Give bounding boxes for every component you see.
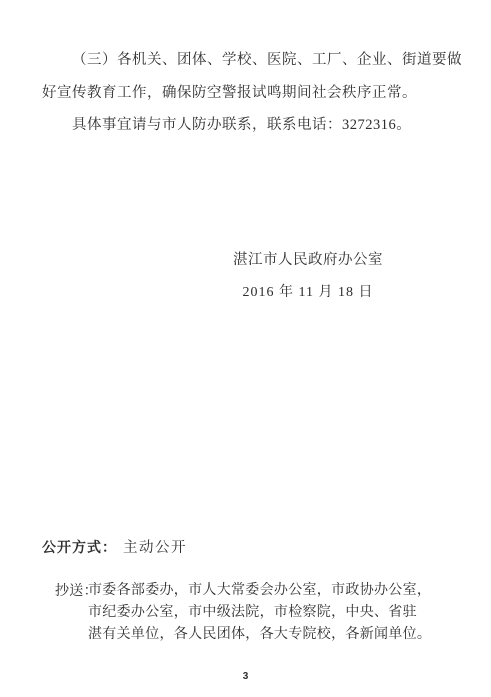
publicity-method-value: 主动公开	[123, 540, 187, 556]
cc-label: 抄送：	[55, 580, 98, 600]
cc-line-1: 市委各部委办，市人大常委会办公室，市政协办公室，	[88, 580, 447, 602]
cc-block: 抄送： 市委各部委办，市人大常委会办公室，市政协办公室， 市纪委办公室，市中级法…	[55, 580, 447, 646]
body-paragraph-line-3: 具体事宜请与市人防办联系，联系电话：3272316。	[42, 116, 462, 134]
issue-date: 2016 年 11 月 18 日	[167, 281, 449, 301]
publicity-method-row: 公开方式：主动公开	[42, 536, 187, 557]
cc-line-2: 市纪委办公室，市中级法院，市检察院，中央、省驻	[88, 602, 447, 624]
body-paragraph-line-2: 好宣传教育工作，确保防空警报试鸣期间社会秩序正常。	[42, 84, 462, 102]
document-page: （三）各机关、团体、学校、医院、工厂、企业、街道要做 好宣传教育工作，确保防空警…	[0, 0, 491, 697]
publicity-method-label: 公开方式：	[42, 539, 117, 555]
signature-block: 湛江市人民政府办公室 2016 年 11 月 18 日	[167, 248, 449, 301]
body-paragraph-line-1: （三）各机关、团体、学校、医院、工厂、企业、街道要做	[42, 51, 462, 69]
page-number: 3	[0, 671, 491, 682]
cc-line-3: 湛有关单位，各人民团体，各大专院校，各新闻单位。	[88, 624, 447, 646]
issuing-organization: 湛江市人民政府办公室	[167, 248, 449, 269]
cc-list: 市委各部委办，市人大常委会办公室，市政协办公室， 市纪委办公室，市中级法院，市检…	[88, 580, 447, 646]
